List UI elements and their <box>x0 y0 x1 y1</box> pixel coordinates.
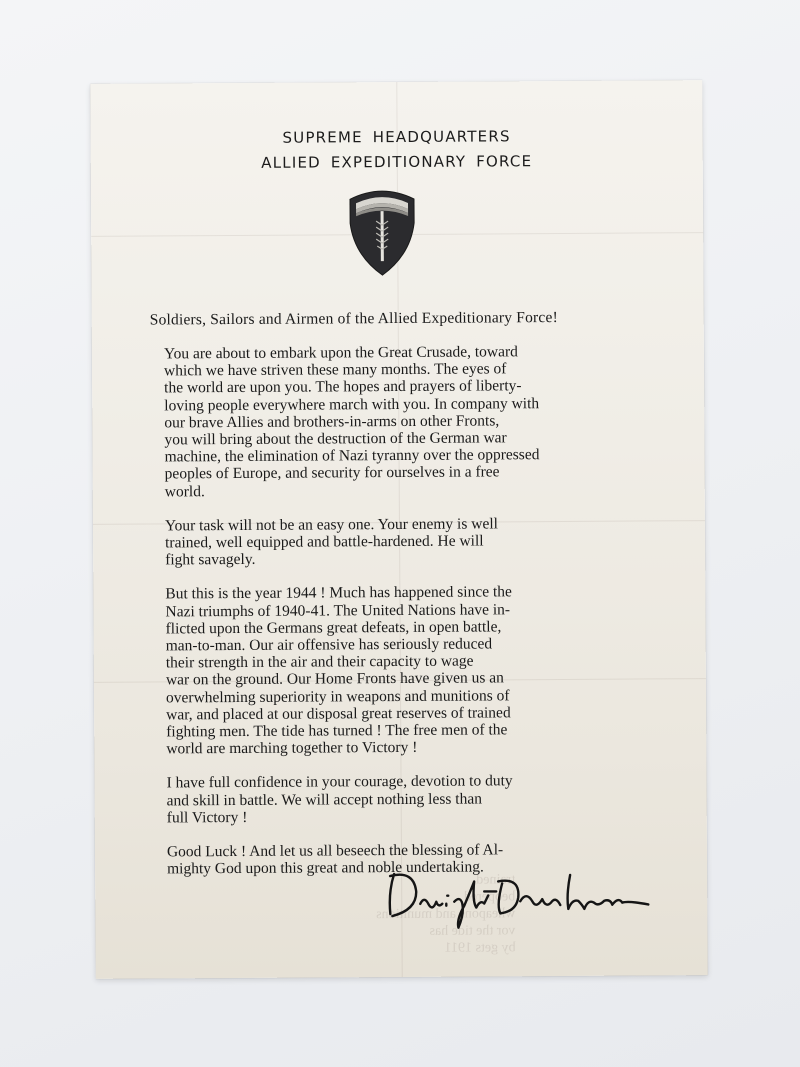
paragraph: Your task will not be an easy one. Your … <box>165 514 635 568</box>
paragraph: I have full confidence in your courage, … <box>166 772 636 826</box>
salutation: Soldiers, Sailors and Airmen of the Alli… <box>150 309 558 329</box>
paragraph: You are about to embark upon the Great C… <box>164 343 635 501</box>
header-line-1: SUPREME HEADQUARTERS <box>91 123 703 152</box>
shaef-emblem-icon <box>346 185 419 277</box>
signature: Dwight Eisenhower <box>380 860 670 932</box>
header-line-2: ALLIED EXPEDITIONARY FORCE <box>91 148 703 177</box>
message-body: You are about to embark upon the Great C… <box>164 343 637 895</box>
document-header: SUPREME HEADQUARTERS ALLIED EXPEDITIONAR… <box>91 123 703 177</box>
paper-document: SUPREME HEADQUARTERS ALLIED EXPEDITIONAR… <box>90 80 707 979</box>
paragraph: But this is the year 1944 ! Much has hap… <box>165 583 636 758</box>
